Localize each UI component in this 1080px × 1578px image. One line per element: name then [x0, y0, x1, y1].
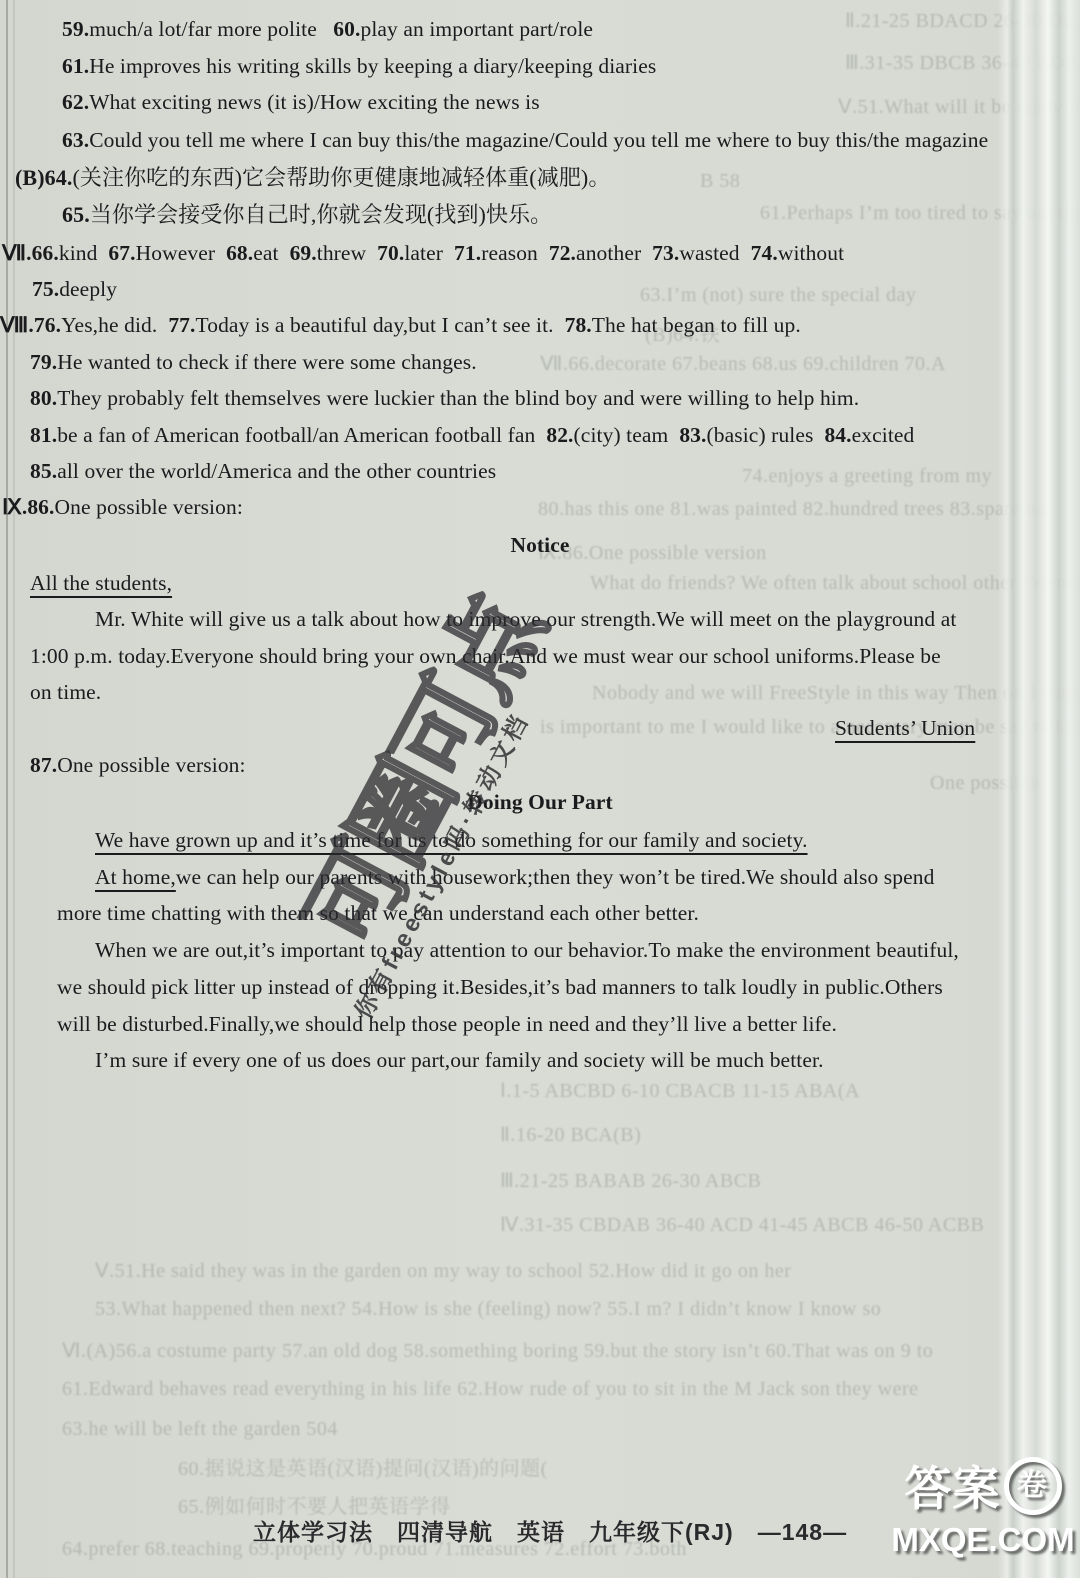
site-watermark-url: MXQE.COM [890, 1521, 1076, 1559]
answer-line: 80.They probably felt themselves were lu… [30, 385, 859, 412]
site-watermark-badge-icon: 卷 [1004, 1457, 1062, 1515]
answer-line: 87.One possible version: [30, 752, 246, 779]
site-watermark-name: 答案 [905, 1452, 1001, 1519]
answer-line: (B)64.(关注你吃的东西)它会帮助你更健康地减轻体重(减肥)。 [15, 164, 610, 192]
answer-line: on time. [30, 679, 101, 706]
answer-line: When we are out,it’s important to pay at… [95, 937, 959, 964]
notice-signature: Students’ Union [835, 715, 975, 742]
site-watermark: 答案卷 MXQE.COM [890, 1452, 1076, 1559]
answer-line: 75.deeply [32, 276, 117, 303]
site-watermark-logo: 答案卷 [890, 1452, 1076, 1519]
answer-line: At home,we can help our parents with hou… [95, 864, 934, 891]
answer-line: 63.Could you tell me where I can buy thi… [62, 127, 988, 154]
answer-line: 79.He wanted to check if there were some… [30, 349, 477, 376]
answer-line: 59.much/a lot/far more polite 60.play an… [62, 16, 593, 43]
answer-line: All the students, [30, 570, 172, 597]
answer-line: Ⅶ.66.kind 67.However 68.eat 69.threw 70.… [2, 240, 844, 267]
notice-title: Notice [510, 532, 569, 559]
answers-layer: 59.much/a lot/far more polite 60.play an… [0, 0, 1080, 1578]
page-footer: 立体学习法 四清导航 英语 九年级下(RJ) —148— [253, 1514, 847, 1547]
answer-line: Ⅷ.76.Yes,he did. 77.Today is a beautiful… [0, 312, 801, 339]
answer-line: 85.all over the world/America and the ot… [30, 458, 496, 485]
answer-line: 81.be a fan of American football/an Amer… [30, 422, 914, 449]
answer-line: 62.What exciting news (it is)/How exciti… [62, 89, 540, 116]
page-spine-edge [998, 0, 1080, 1578]
answer-line: Ⅸ.86.One possible version: [2, 494, 243, 521]
answer-line: will be disturbed.Finally,we should help… [57, 1011, 837, 1038]
answer-line: 61.He improves his writing skills by kee… [62, 53, 656, 80]
answer-line: I’m sure if every one of us does our par… [95, 1047, 824, 1074]
answer-line: 65.当你学会接受你自己时,你就会发现(找到)快乐。 [62, 201, 552, 229]
answer-line: we should pick litter up instead of drop… [57, 974, 943, 1001]
